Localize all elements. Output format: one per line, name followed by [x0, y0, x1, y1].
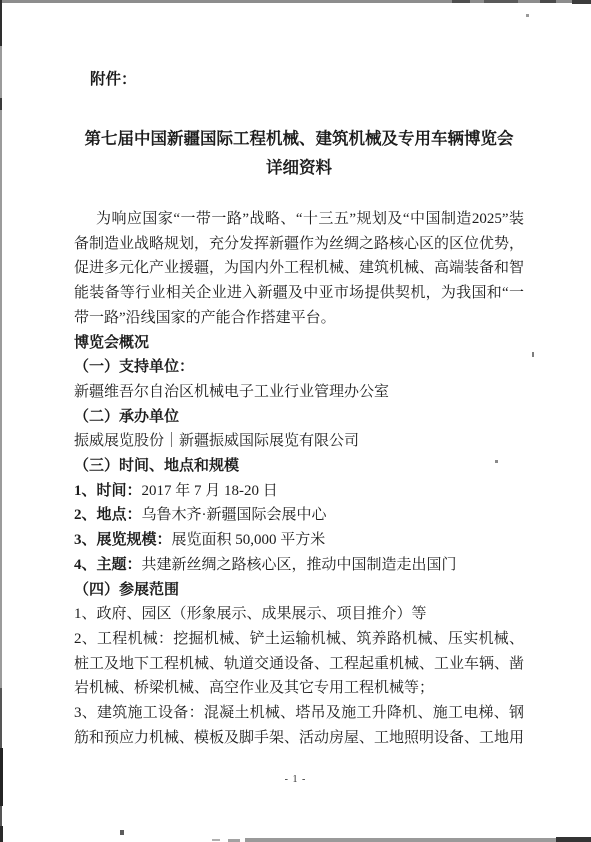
organizer-value: 振威展览股份｜新疆振威国际展览有限公司	[74, 429, 524, 454]
overview-heading: 博览会概况	[74, 331, 524, 356]
section-heading-organizer: （二）承办单位	[74, 405, 524, 430]
line-text: 1、政府、园区（形象展示、成果展示、项目推介）等	[74, 606, 427, 622]
line-label: 2、地点：	[74, 507, 142, 523]
scan-artifact-top-dash	[484, 0, 518, 3]
scan-speck	[526, 14, 529, 17]
line-label: （一）支持单位：	[74, 359, 194, 375]
item-scale: 3、展览规模：展览面积 50,000 平方米	[74, 528, 524, 553]
page-number: - 1 -	[0, 774, 591, 785]
line-label: 博览会概况	[74, 335, 149, 351]
line-text: 2、工程机械：挖掘机械、铲土运输机械、筑养路机械、压实机械、桩工及地下工程机械、…	[74, 631, 524, 696]
line-text: 新疆维吾尔自治区机械电子工业行业管理办公室	[74, 384, 389, 400]
intro-paragraph: 为响应国家“一带一路”战略、“十三五”规划及“中国制造2025”装备制造业战略规…	[74, 207, 524, 331]
line-label: （三）时间、地点和规模	[74, 458, 239, 474]
support-unit-value: 新疆维吾尔自治区机械电子工业行业管理办公室	[74, 380, 524, 405]
line-label: （二）承办单位	[74, 409, 179, 425]
item-time: 1、时间：2017 年 7 月 18-20 日	[74, 479, 524, 504]
item-theme: 4、主题：共建新丝绸之路核心区，推动中国制造走出国门	[74, 553, 524, 578]
scope-item-engineering-machinery: 2、工程机械：挖掘机械、铲土运输机械、筑养路机械、压实机械、桩工及地下工程机械、…	[74, 627, 524, 701]
scan-artifact-bottom-dash	[212, 839, 220, 841]
line-text: 展览面积 50,000 平方米	[172, 532, 326, 548]
scope-item-government: 1、政府、园区（形象展示、成果展示、项目推介）等	[74, 602, 524, 627]
line-text: 乌鲁木齐·新疆国际会展中心	[142, 507, 327, 523]
section-heading-exhibit-scope: （四）参展范围	[74, 578, 524, 603]
line-label: 1、时间：	[74, 483, 142, 499]
scan-artifact-left-dark	[0, 0, 2, 46]
line-label: （四）参展范围	[74, 582, 179, 598]
line-text: 2017 年 7 月 18-20 日	[142, 483, 278, 499]
line-label: 4、主题：	[74, 557, 142, 573]
scan-artifact-bottom-dark	[556, 837, 591, 842]
section-heading-support-unit: （一）支持单位：	[74, 355, 524, 380]
line-text: 3、建筑施工设备：混凝土机械、塔吊及施工升降机、施工电梯、钢筋和预应力机械、模板…	[74, 705, 524, 746]
title-line-2: 详细资料	[74, 154, 524, 183]
line-text: 共建新丝绸之路核心区，推动中国制造走出国门	[142, 557, 457, 573]
scan-artifact-left-dark	[0, 826, 3, 842]
scan-artifact-top-dash	[540, 0, 556, 3]
title-line-1: 第七届中国新疆国际工程机械、建筑机械及专用车辆博览会	[74, 125, 524, 154]
scan-artifact-top-dash	[452, 0, 470, 3]
document-title: 第七届中国新疆国际工程机械、建筑机械及专用车辆博览会 详细资料	[74, 125, 524, 182]
section-heading-time-place-scale: （三）时间、地点和规模	[74, 454, 524, 479]
scan-speck	[120, 830, 124, 835]
scan-artifact-top-dash	[572, 0, 591, 4]
line-label: 3、展览规模：	[74, 532, 172, 548]
scope-item-construction-equipment: 3、建筑施工设备：混凝土机械、塔吊及施工升降机、施工电梯、钢筋和预应力机械、模板…	[74, 701, 524, 750]
attachment-label: 附件：	[74, 68, 524, 92]
scan-artifact-bottom-edge	[245, 838, 591, 842]
line-text: 振威展览股份｜新疆振威国际展览有限公司	[74, 433, 359, 449]
scan-artifact-left-dark	[0, 98, 2, 110]
document-page: 附件： 第七届中国新疆国际工程机械、建筑机械及专用车辆博览会 详细资料 为响应国…	[0, 0, 591, 842]
document-body: 附件： 第七届中国新疆国际工程机械、建筑机械及专用车辆博览会 详细资料 为响应国…	[74, 68, 524, 750]
item-place: 2、地点：乌鲁木齐·新疆国际会展中心	[74, 503, 524, 528]
scan-speck	[532, 352, 534, 357]
